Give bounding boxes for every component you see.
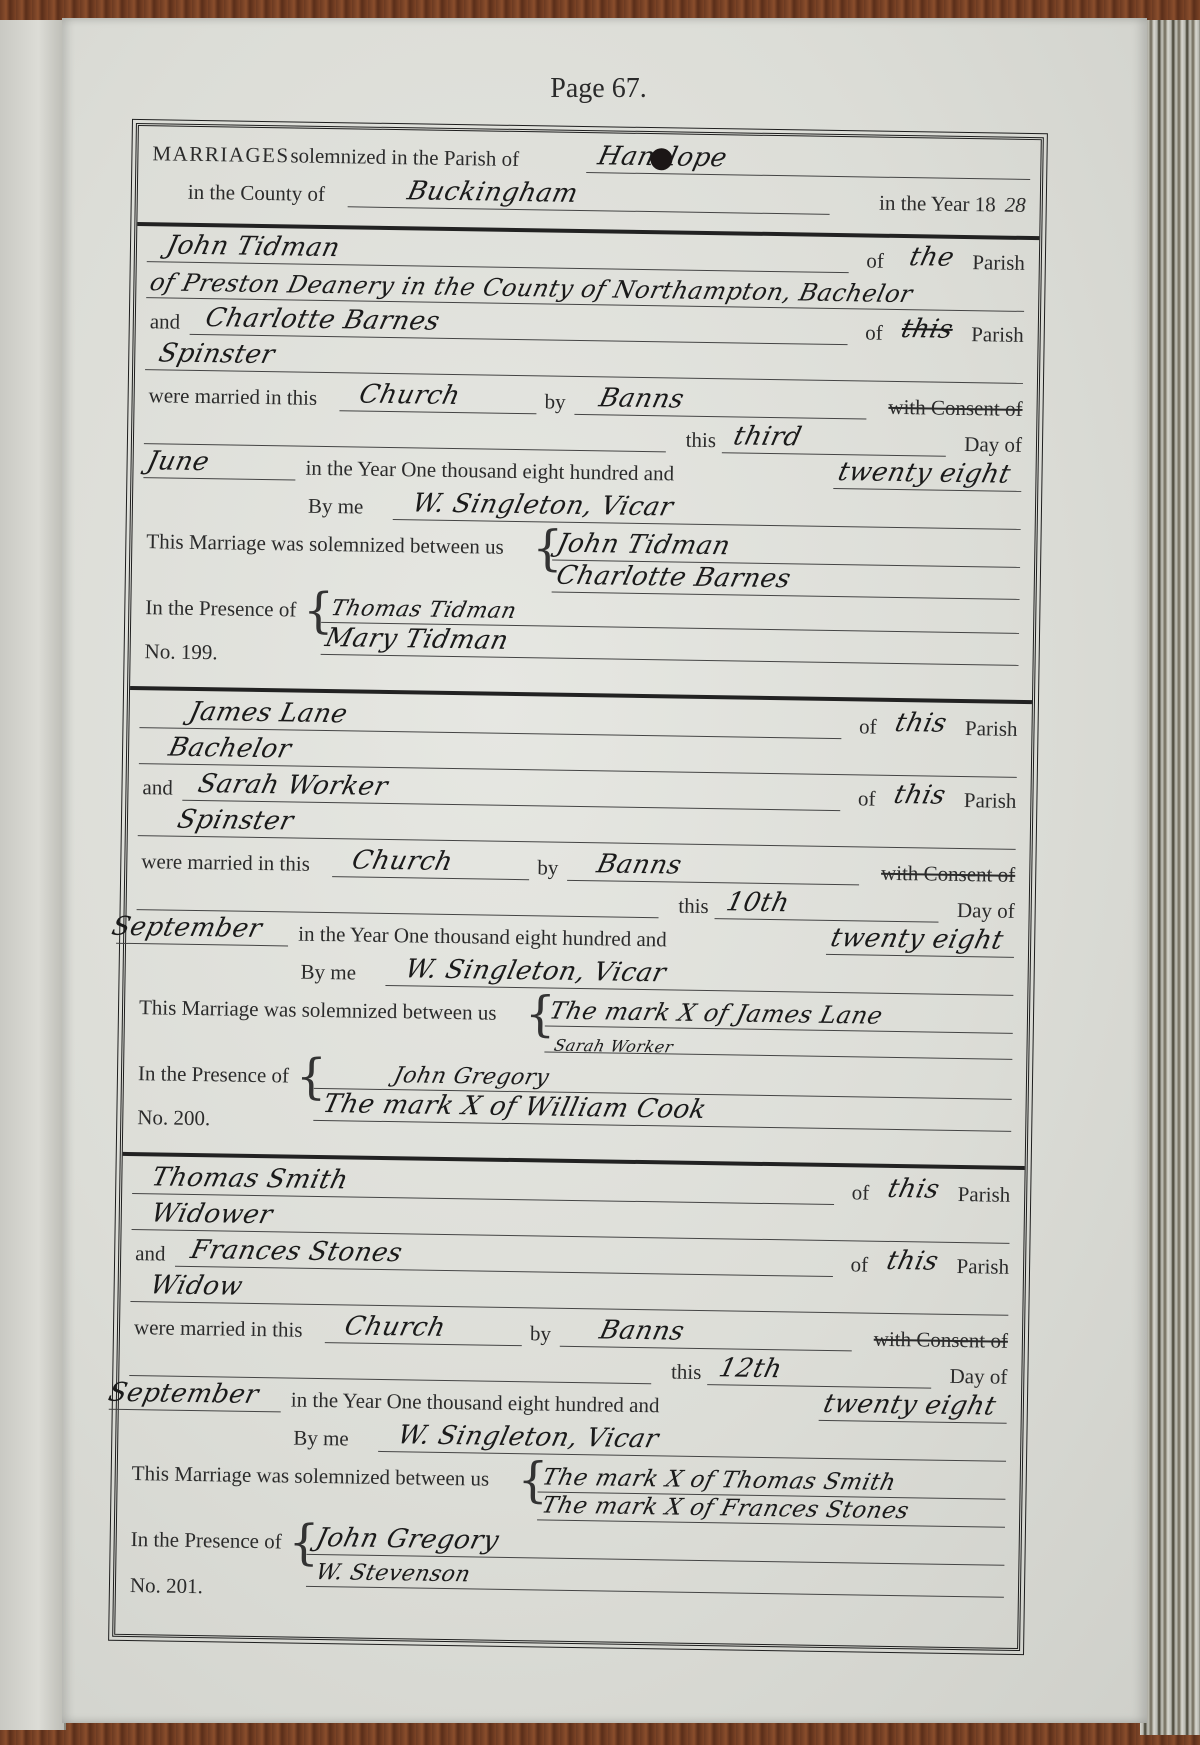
and-label: and (142, 775, 173, 800)
in-presence-label: In the Presence of (130, 1527, 281, 1554)
header-year-suffix: 28 (1005, 193, 1026, 218)
parish-line (586, 172, 1030, 180)
marriage-year-words: twenty eight (820, 1389, 999, 1422)
marriage-year-words: twenty eight (828, 923, 1007, 956)
day-of-label: Day of (949, 1364, 1007, 1390)
place-line (332, 876, 529, 880)
bride-status: Spinster (175, 805, 297, 837)
bride-status: Widow (147, 1270, 245, 1301)
marriage-day: 10th (723, 887, 792, 918)
county-line (348, 206, 830, 215)
with-consent-label: with Consent of (881, 861, 1016, 888)
by-me-label: By me (300, 960, 356, 986)
by-me-label: By me (308, 494, 364, 520)
bride-status: Spinster (156, 338, 278, 370)
marriage-day: third (731, 421, 805, 452)
of-label: of (852, 1180, 870, 1205)
bride-parish: this (891, 780, 949, 811)
header-title-caps: MARRIAGES (152, 141, 290, 168)
groom-parish: this (885, 1174, 943, 1205)
and-label: and (150, 309, 181, 334)
marriage-by: Banns (596, 383, 687, 414)
bride-name: Frances Stones (188, 1235, 405, 1268)
groom-status: Bachelor (166, 733, 295, 765)
marriage-month: September (106, 1378, 262, 1410)
party-signature-1: John Tidman (554, 529, 733, 562)
marriage-month: June (144, 446, 212, 477)
parish-label: Parish (964, 788, 1017, 814)
in-the-year-label: in the Year One thousand eight hundred a… (305, 456, 674, 487)
parish-label: Parish (972, 250, 1025, 276)
of-label: of (866, 248, 884, 273)
witness-signature-1: Thomas Tidman (328, 596, 518, 624)
bride-name: Charlotte Barnes (202, 303, 442, 337)
page-number: Page 67. (56, 73, 1141, 105)
in-the-year-label: in the Year One thousand eight hundred a… (291, 1388, 660, 1419)
month-line (143, 477, 295, 480)
header-county-label: in the County of (188, 180, 325, 207)
header-year-label: in the Year 18 (879, 191, 996, 218)
of-label: of (858, 786, 876, 811)
in-the-year-label: in the Year One thousand eight hundred a… (298, 922, 667, 953)
in-presence-label: In the Presence of (138, 1061, 289, 1088)
place-line (325, 1342, 522, 1346)
place-line (339, 410, 536, 414)
day-of-label: Day of (964, 432, 1022, 458)
parish-label: Parish (956, 1254, 1009, 1280)
parish-label: Parish (965, 716, 1018, 742)
bride-parish: this (884, 1246, 942, 1277)
parish-label: Parish (971, 322, 1024, 348)
groom-status: Widower (148, 1198, 275, 1230)
with-consent-label: with Consent of (874, 1327, 1009, 1354)
groom-parish: this (892, 708, 950, 739)
were-married-label: were married in this (148, 383, 317, 411)
entry-number: No. 201. (130, 1573, 203, 1599)
party-signature-2: Sarah Worker (552, 1036, 675, 1057)
officiant-signature: W. Singleton, Vicar (395, 1420, 662, 1454)
by-label: by (537, 855, 558, 880)
of-label: of (859, 714, 877, 739)
and-label: and (135, 1241, 166, 1266)
page-stack-edge (1140, 20, 1200, 1735)
marriage-place: Church (356, 380, 463, 411)
marriage-month: September (109, 912, 265, 944)
groom-name: James Lane (186, 697, 350, 729)
marriage-place: Church (342, 1311, 449, 1342)
marriage-by: Banns (594, 849, 685, 880)
were-married-label: were married in this (141, 849, 310, 877)
header-county: Buckingham (404, 176, 581, 209)
day-of-label: Day of (957, 898, 1015, 924)
by-label: by (544, 389, 565, 414)
this-label: this (685, 428, 716, 453)
marriage-register-frame: MARRIAGES solemnized in the Parish of Ha… (112, 123, 1044, 1651)
entry-number: No. 199. (144, 639, 217, 665)
parish-label: Parish (958, 1182, 1011, 1208)
header-title-rest: solemnized in the Parish of (290, 143, 519, 172)
month-line (116, 943, 288, 947)
this-label: this (671, 1360, 702, 1385)
groom-parish: the (906, 242, 957, 273)
marriage-year-words: twenty eight (835, 457, 1014, 490)
this-label: this (678, 894, 709, 919)
groom-name: Thomas Smith (149, 1162, 351, 1195)
of-label: of (865, 320, 883, 345)
previous-page-edge (0, 20, 66, 1730)
witness-signature-1: John Gregory (391, 1063, 551, 1090)
in-presence-label: In the Presence of (145, 595, 296, 622)
marriage-by: Banns (597, 1315, 688, 1346)
officiant-signature: W. Singleton, Vicar (402, 954, 669, 988)
bride-name: Sarah Worker (195, 769, 391, 802)
marriage-place: Church (349, 846, 456, 877)
by-label: by (530, 1321, 551, 1346)
were-married-label: were married in this (134, 1315, 303, 1343)
party-signature-2: Charlotte Barnes (553, 561, 793, 595)
with-consent-label: with Consent of (888, 395, 1023, 422)
of-label: of (850, 1252, 868, 1277)
register-page: Page 67. MARRIAGES solemnized in the Par… (62, 18, 1147, 1723)
officiant-signature: W. Singleton, Vicar (410, 488, 677, 522)
groom-name: John Tidman (164, 231, 343, 264)
witness-signature-1: John Gregory (313, 1523, 502, 1556)
bride-parish: this (899, 314, 957, 345)
marriage-day: 12th (716, 1353, 785, 1384)
by-me-label: By me (293, 1426, 349, 1452)
entry-number: No. 200. (137, 1105, 210, 1131)
